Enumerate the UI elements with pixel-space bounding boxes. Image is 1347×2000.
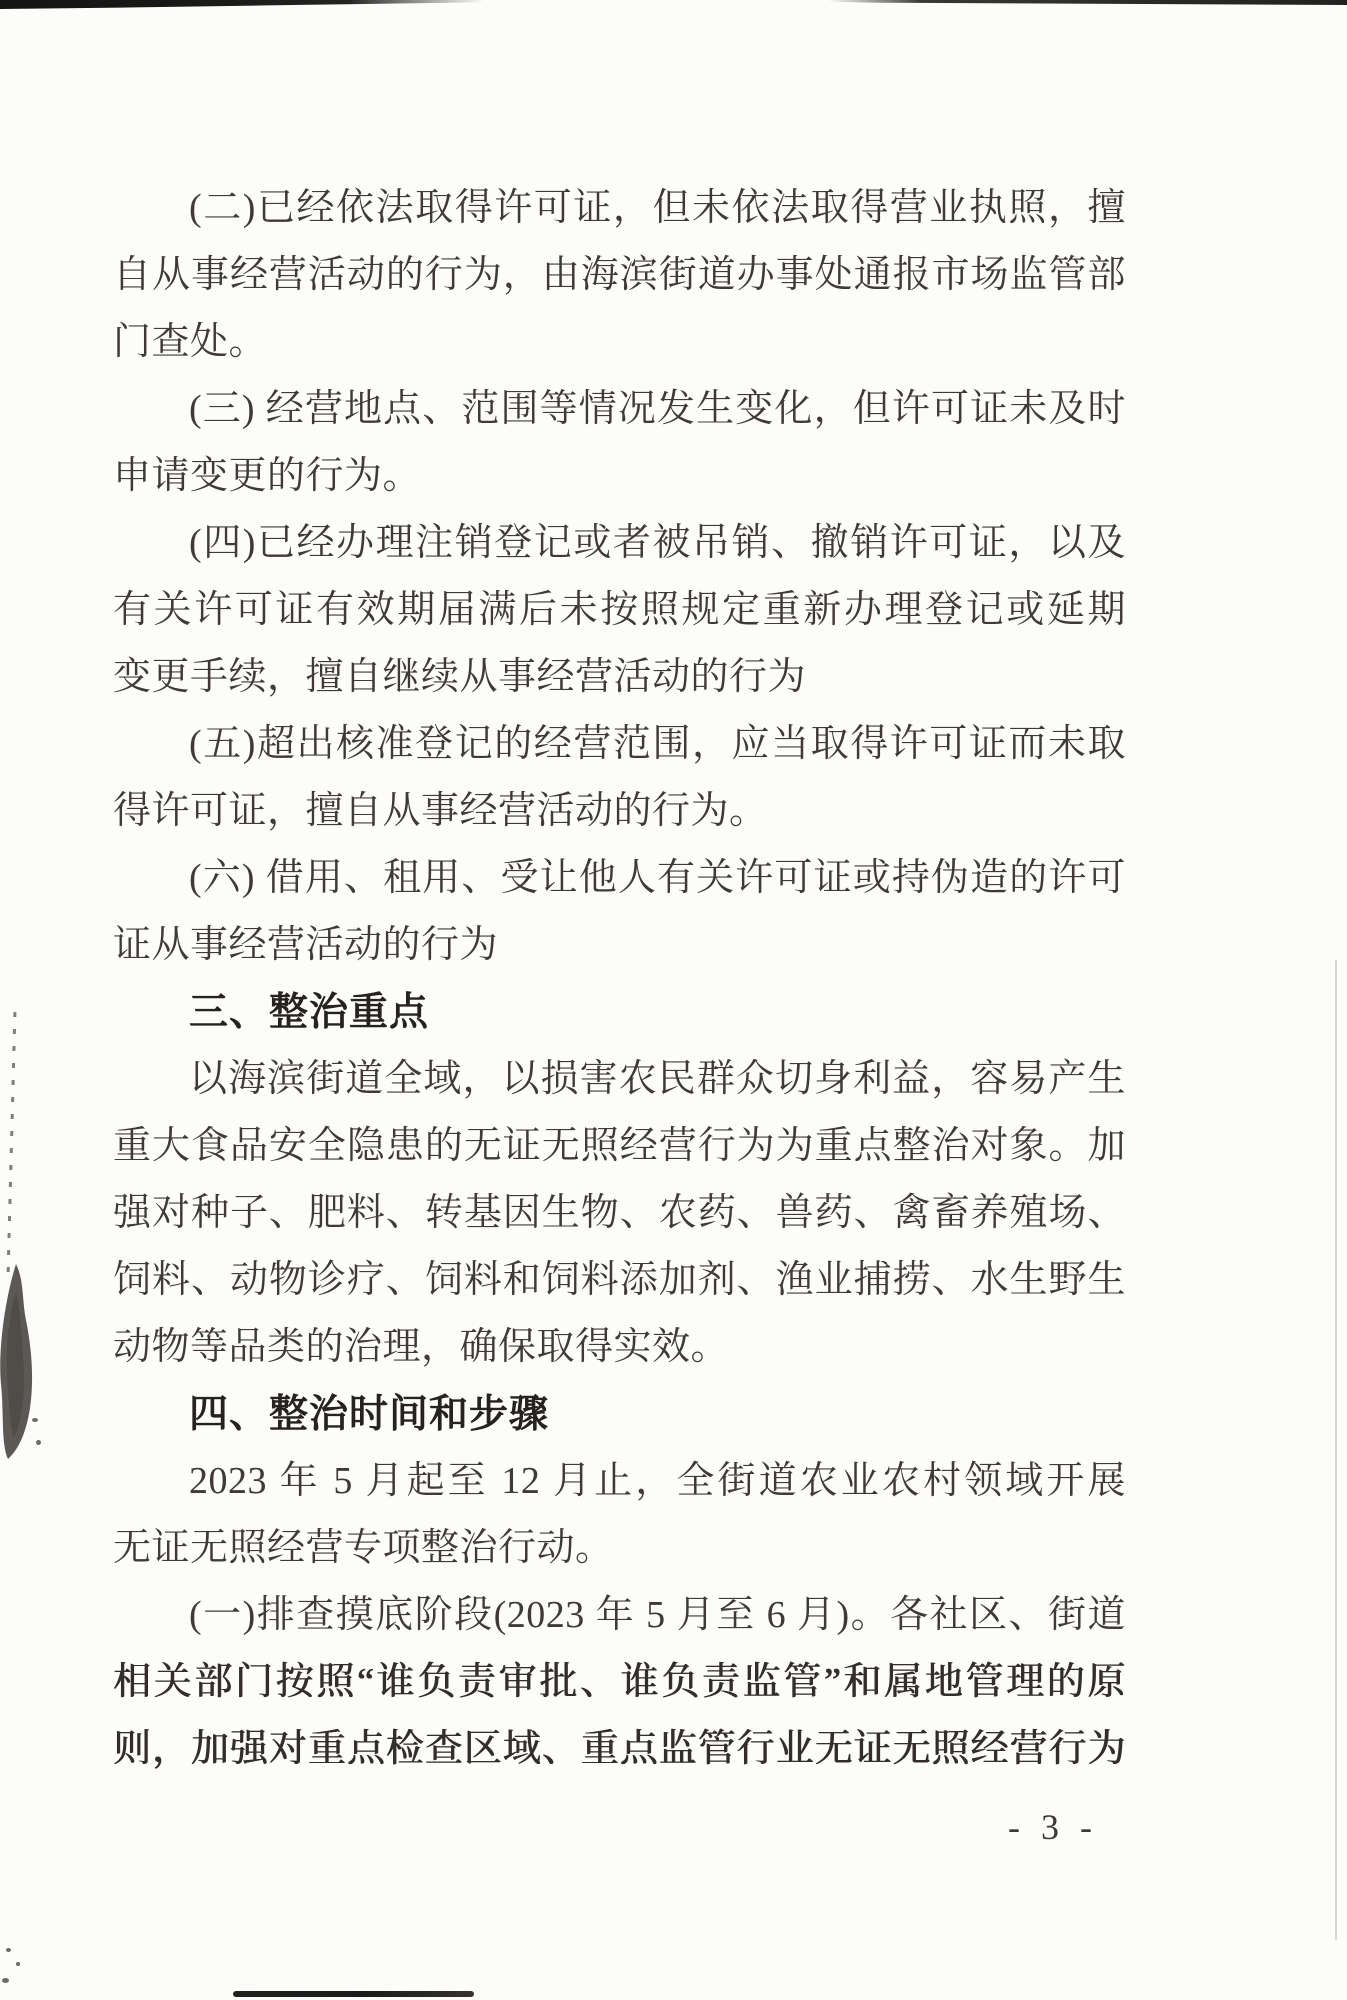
scan-ink-smudge [0,1262,56,1462]
scan-speck [32,1418,38,1422]
scan-speck [2,1978,9,1983]
text-line: 得许可证，擅自从事经营活动的行为。 [113,778,1126,845]
text-line: 2023 年 5 月起至 12 月止，全街道农业农村领域开展 [113,1448,1126,1515]
text-line: 变更手续，擅自继续从事经营活动的行为 [113,644,1126,711]
text-line: (三) 经营地点、范围等情况发生变化，但许可证未及时 [113,376,1126,443]
text-line: (五)超出核准登记的经营范围，应当取得许可证而未取 [113,711,1126,778]
scan-edge-artifact-top-right [828,0,1347,5]
text-line: 则，加强对重点检查区域、重点监管行业无证无照经营行为 [113,1716,1126,1783]
text-line: 证从事经营活动的行为 [113,912,1126,979]
text-line: 以海滨街道全域，以损害农民群众切身利益，容易产生 [113,1046,1126,1113]
document-body: (二)已经依法取得许可证，但未依法取得营业执照，擅自从事经营活动的行为，由海滨街… [113,175,1126,1783]
scan-edge-artifact-bottom [233,1991,474,1997]
text-line: 有关许可证有效期届满后未按照规定重新办理登记或延期 [113,577,1126,644]
text-line: 重大食品安全隐患的无证无照经营行为为重点整治对象。加 [113,1113,1126,1180]
text-line: 饲料、动物诊疗、饲料和饲料添加剂、渔业捕捞、水生野生 [113,1247,1126,1314]
text-line: (四)已经办理注销登记或者被吊销、撤销许可证，以及 [113,510,1126,577]
document-page: (二)已经依法取得许可证，但未依法取得营业执照，擅自从事经营活动的行为，由海滨街… [0,0,1347,2000]
text-line: (一)排查摸底阶段(2023 年 5 月至 6 月)。各社区、街道 [113,1582,1126,1649]
section-heading: 四、整治时间和步骤 [113,1381,1126,1448]
scan-speck [16,1962,20,1966]
text-line: 相关部门按照“谁负责审批、谁负责监管”和属地管理的原 [113,1649,1126,1716]
scan-speck [36,1440,41,1445]
text-line: 申请变更的行为。 [113,443,1126,510]
text-line: 动物等品类的治理，确保取得实效。 [113,1314,1126,1381]
scan-edge-artifact-top-left [0,0,484,9]
text-line: 门查处。 [113,309,1126,376]
text-line: (二)已经依法取得许可证，但未依法取得营业执照，擅 [113,175,1126,242]
scan-speck [6,1948,11,1952]
text-line: 强对种子、肥料、转基因生物、农药、兽药、禽畜养殖场、 [113,1180,1126,1247]
text-line: 自从事经营活动的行为，由海滨街道办事处通报市场监管部 [113,242,1126,309]
section-heading: 三、整治重点 [113,979,1126,1046]
scan-speckle-trail [7,1012,17,1274]
text-line: (六) 借用、租用、受让他人有关许可证或持伪造的许可 [113,845,1126,912]
text-line: 无证无照经营专项整治行动。 [113,1515,1126,1582]
scan-edge-artifact-right [1335,960,1337,1940]
page-number: - 3 - [1008,1806,1098,1848]
